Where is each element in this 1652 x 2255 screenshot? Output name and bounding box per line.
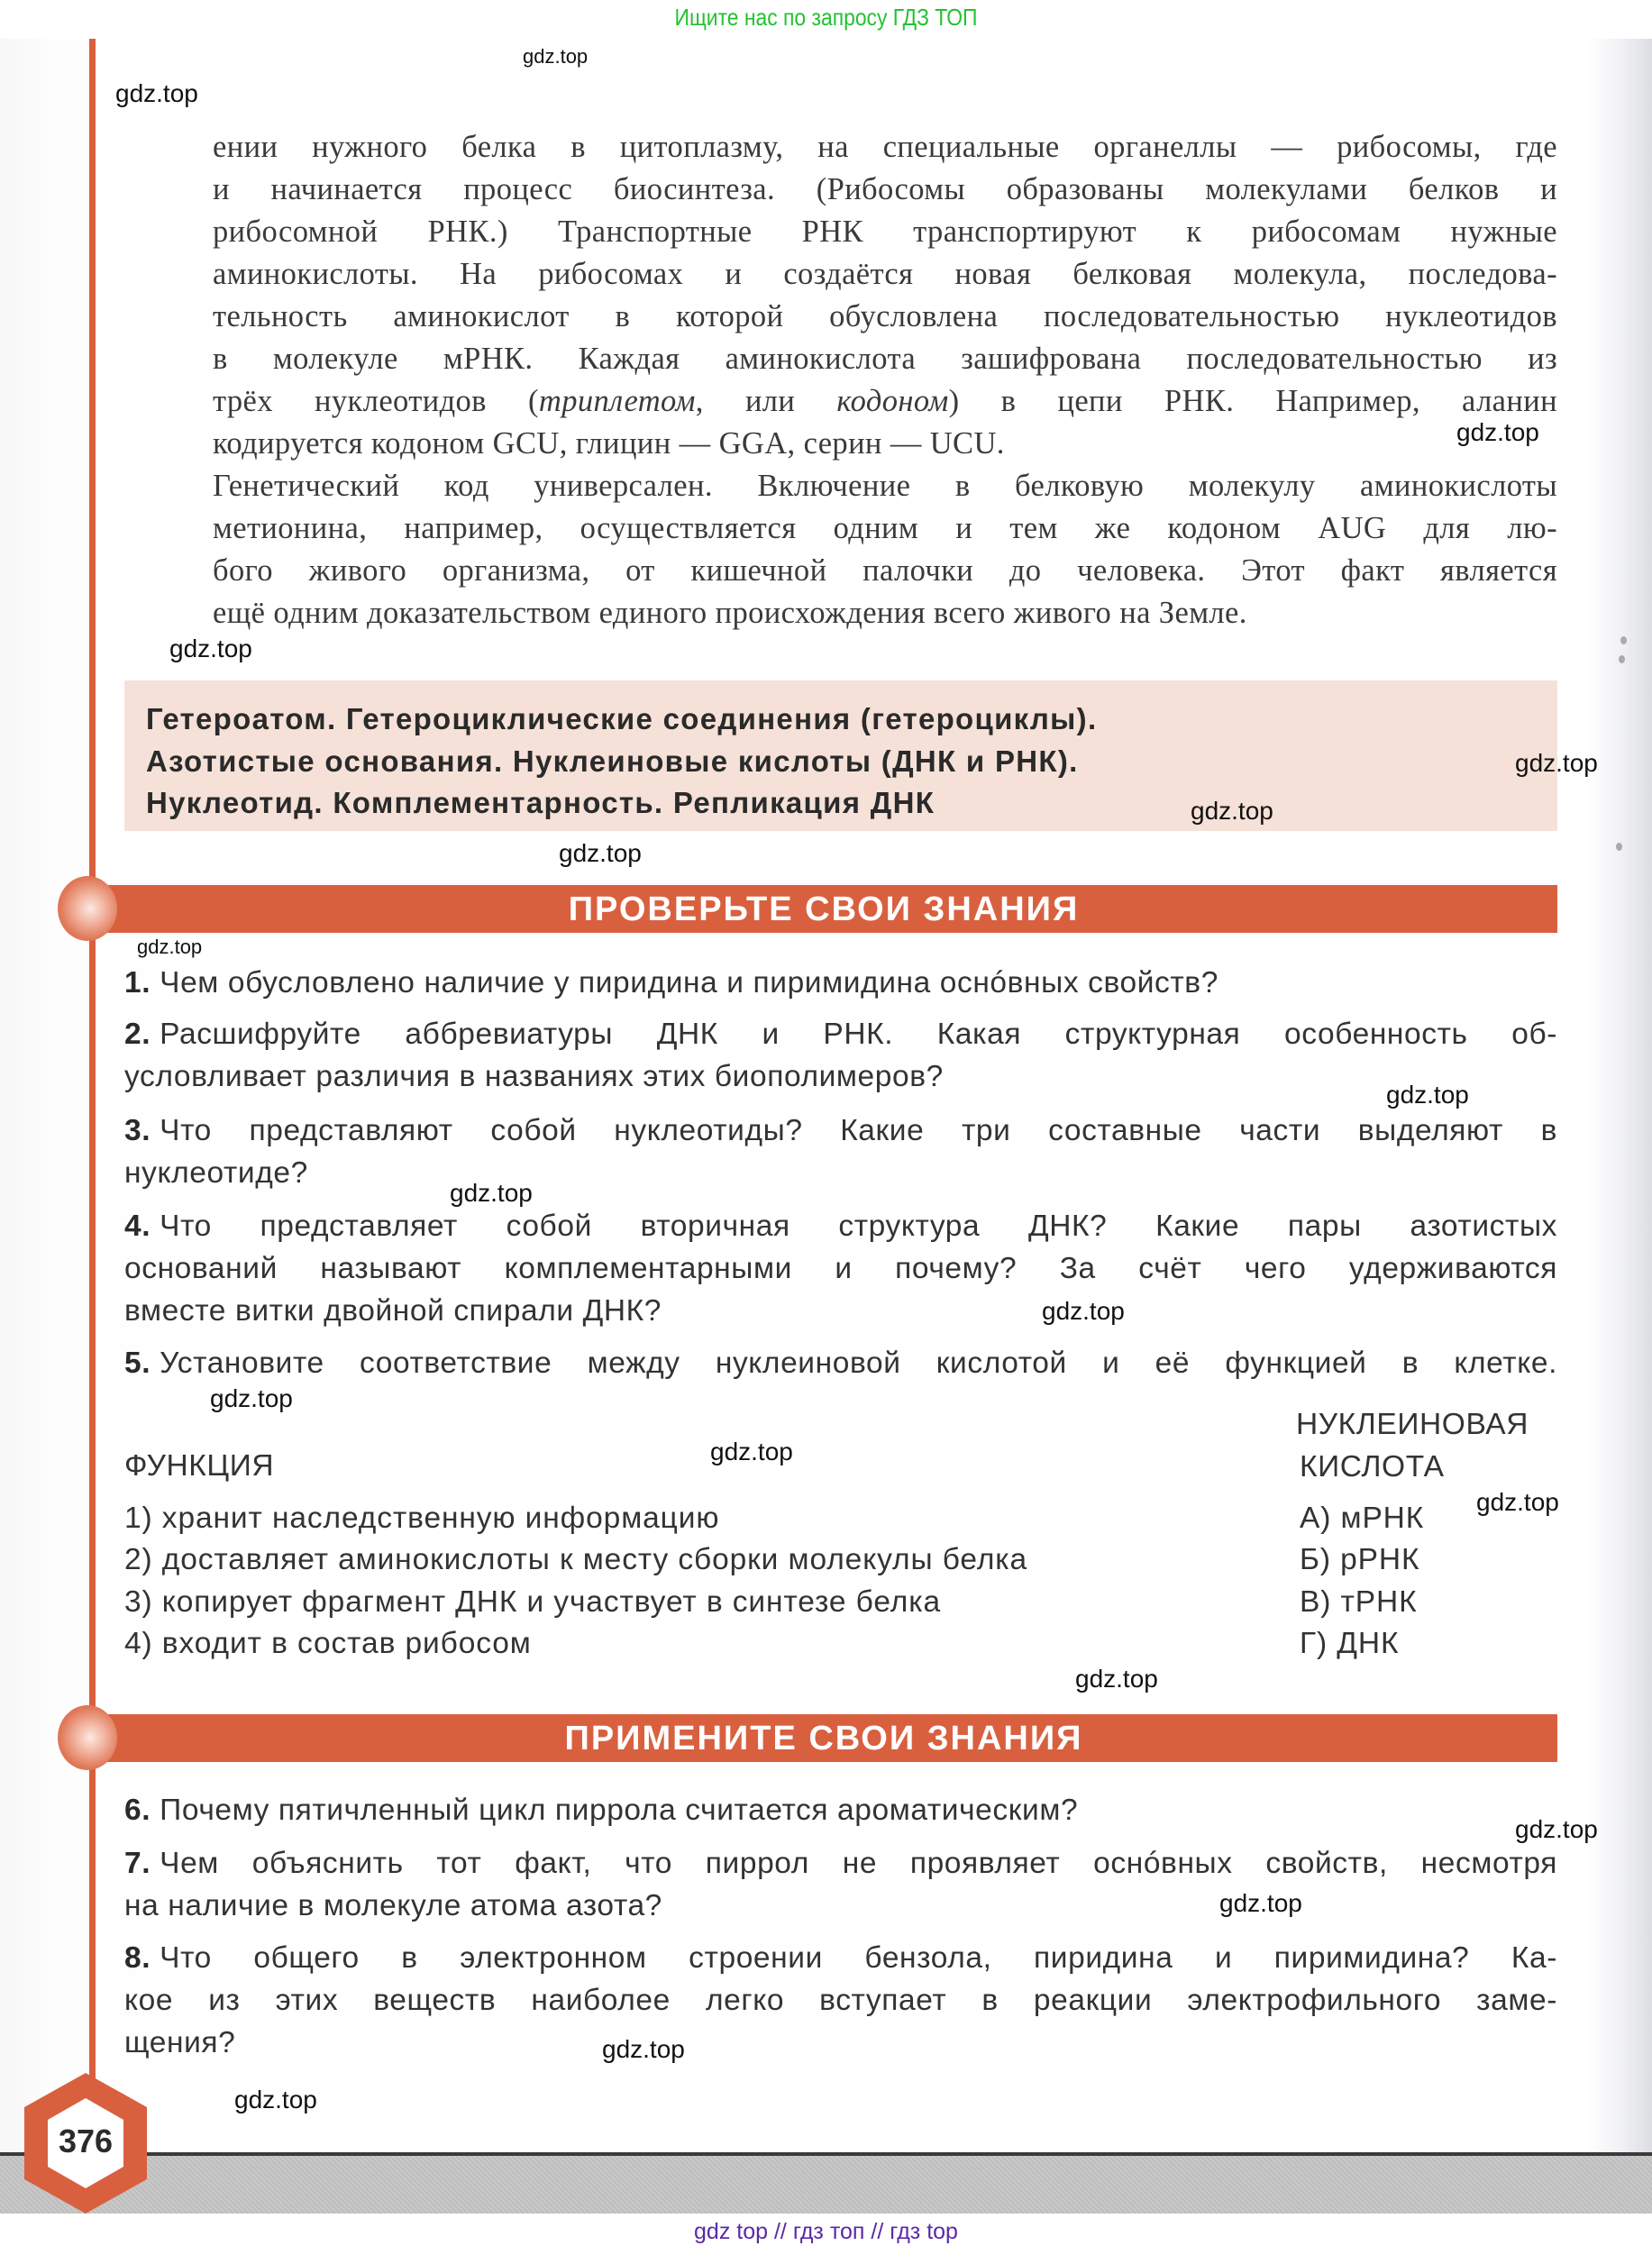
question-8: 8.Что общего в электронном строении бенз… <box>124 1937 1557 2064</box>
body-line: аминокислоты. На рибосомах и создаётся н… <box>213 253 1557 296</box>
watermark-stamp: gdz.top <box>137 936 202 959</box>
body-line: метионина, например, осуществляется одни… <box>213 507 1557 550</box>
body-line: тельность аминокислот в которой обусловл… <box>213 296 1557 338</box>
question-text: оснований называют комплементарными и по… <box>124 1247 1557 1290</box>
question-number: 3. <box>124 1114 151 1147</box>
watermark-stamp: gdz.top <box>1386 1081 1469 1109</box>
body-line: в молекуле мРНК. Каждая аминокислота заш… <box>213 338 1557 380</box>
key-terms-box: Гетероатом. Гетероциклические соединения… <box>124 680 1557 831</box>
scan-artifact <box>1620 636 1627 644</box>
question-number: 8. <box>124 1941 151 1975</box>
function-item: 3) копирует фрагмент ДНК и участвует в с… <box>124 1585 941 1620</box>
key-terms-line: Нуклеотид. Комплементарность. Репликация… <box>146 786 935 820</box>
watermark-stamp: gdz.top <box>1476 1488 1559 1517</box>
watermark-stamp: gdz.top <box>1075 1665 1158 1694</box>
watermark-stamp: gdz.top <box>169 635 252 663</box>
question-text: Что представляет собой вторичная структу… <box>160 1210 1557 1243</box>
key-terms-line: Азотистые основания. Нуклеиновые кислоты… <box>146 744 1079 779</box>
question-text: Что представляют собой нуклеотиды? Какие… <box>160 1114 1557 1147</box>
question-2: 2.Расшифруйте аббревиатуры ДНК и РНК. Ка… <box>124 1013 1557 1098</box>
acid-item: Г) ДНК <box>1300 1627 1399 1661</box>
scan-artifact <box>1616 843 1622 851</box>
watermark-stamp: gdz.top <box>559 839 642 868</box>
watermark-stamp: gdz.top <box>523 45 588 68</box>
body-line: кодируется кодоном GCU, глицин — GGA, се… <box>213 423 1557 465</box>
question-text: условливает различия в названиях этих би… <box>124 1055 1557 1098</box>
section-heading-apply-knowledge: ПРИМЕНИТЕ СВОИ ЗНАНИЯ <box>90 1714 1557 1762</box>
watermark-stamp: gdz.top <box>1191 797 1273 826</box>
question-3: 3.Что представляют собой нуклеотиды? Как… <box>124 1109 1557 1194</box>
question-number: 2. <box>124 1018 151 1051</box>
scan-artifact <box>1619 655 1625 663</box>
section-bullet-icon <box>58 1705 117 1770</box>
function-item: 4) входит в состав рибосом <box>124 1627 532 1661</box>
question-4: 4.Что представляет собой вторичная струк… <box>124 1205 1557 1332</box>
body-line: Генетический код универсален. Включение … <box>213 465 1557 507</box>
watermark-stamp: gdz.top <box>1515 749 1598 778</box>
watermark-stamp: gdz.top <box>1042 1297 1125 1326</box>
page-number-badge: 376 <box>23 2071 149 2215</box>
question-text: Чем обусловлено наличие у пиридина и пир… <box>160 966 1218 1000</box>
watermark-stamp: gdz.top <box>1456 418 1539 447</box>
body-line: ещё одним доказательством единого происх… <box>213 592 1557 635</box>
question-text: кое из этих веществ наиболее легко вступ… <box>124 1979 1557 2022</box>
question-number: 6. <box>124 1794 151 1827</box>
watermark-stamp: gdz.top <box>115 79 198 108</box>
italic-term-triplet: триплетом <box>539 384 696 418</box>
match-header-acid-line1: НУКЛЕИНОВАЯ <box>1296 1408 1529 1442</box>
body-line: ении нужного белка в цитоплазму, на спец… <box>213 126 1557 169</box>
watermark-stamp: gdz.top <box>710 1438 793 1466</box>
question-number: 4. <box>124 1210 151 1243</box>
acid-item: Б) рРНК <box>1300 1543 1419 1577</box>
function-item: 1) хранит наследственную информацию <box>124 1502 719 1536</box>
match-header-acid-line2: КИСЛОТА <box>1300 1450 1445 1484</box>
question-text: на наличие в молекуле атома азота? <box>124 1885 1557 1927</box>
question-7: 7.Чем объяснить тот факт, что пиррол не … <box>124 1842 1557 1927</box>
body-paragraph: ении нужного белка в цитоплазму, на спец… <box>213 126 1557 635</box>
margin-accent-line <box>89 39 96 2085</box>
function-item: 2) доставляет аминокислоты к месту сборк… <box>124 1543 1027 1577</box>
acid-item: А) мРНК <box>1300 1502 1424 1536</box>
question-text: Почему пятичленный цикл пиррола считаетс… <box>160 1794 1078 1827</box>
section-heading-check-knowledge: ПРОВЕРЬТЕ СВОИ ЗНАНИЯ <box>90 885 1557 933</box>
watermark-stamp: gdz.top <box>602 2035 685 2064</box>
question-text: нуклеотиде? <box>124 1152 1557 1194</box>
acid-item: В) тРНК <box>1300 1585 1418 1620</box>
page-footer-band <box>0 2152 1652 2214</box>
question-text: вместе витки двойной спирали ДНК? <box>124 1290 1557 1332</box>
question-text: Что общего в электронном строении бензол… <box>160 1941 1557 1975</box>
top-watermark-banner: Ищите нас по запросу ГДЗ ТОП <box>99 4 1553 32</box>
bottom-watermark-banner: gdz top // гдз топ // гдз top <box>0 2219 1652 2245</box>
watermark-stamp: gdz.top <box>1219 1889 1302 1918</box>
body-line-with-italics: трёх нуклеотидов (триплетом, или кодоном… <box>213 380 1557 423</box>
key-terms-line: Гетероатом. Гетероциклические соединения… <box>146 702 1097 736</box>
watermark-stamp: gdz.top <box>450 1179 533 1208</box>
body-line: и начинается процесс биосинтеза. (Рибосо… <box>213 169 1557 211</box>
question-number: 7. <box>124 1847 151 1880</box>
question-text: Расшифруйте аббревиатуры ДНК и РНК. Кака… <box>160 1018 1557 1051</box>
question-number: 5. <box>124 1347 151 1380</box>
question-number: 1. <box>124 966 151 1000</box>
question-6: 6.Почему пятичленный цикл пиррола считае… <box>124 1789 1557 1831</box>
italic-term-codon: кодоном <box>836 384 948 418</box>
watermark-stamp: gdz.top <box>234 2086 317 2114</box>
question-text: Установите соответствие между нуклеиново… <box>160 1347 1557 1380</box>
text-span: , или <box>696 384 837 418</box>
watermark-stamp: gdz.top <box>210 1384 293 1413</box>
question-text: Чем объяснить тот факт, что пиррол не пр… <box>160 1847 1557 1880</box>
match-header-function: ФУНКЦИЯ <box>124 1449 274 1484</box>
text-span: трёх нуклеотидов ( <box>213 384 539 418</box>
question-1: 1.Чем обусловлено наличие у пиридина и п… <box>124 962 1557 1004</box>
watermark-stamp: gdz.top <box>1515 1815 1598 1844</box>
body-line: рибосомной РНК.) Транспортные РНК трансп… <box>213 211 1557 253</box>
text-span: ) в цепи РНК. Например, аланин <box>949 384 1557 418</box>
question-5: 5.Установите соответствие между нуклеино… <box>124 1342 1557 1384</box>
question-text: щения? <box>124 2022 1557 2064</box>
page-number: 376 <box>23 2123 149 2160</box>
body-line: бого живого организма, от кишечной палоч… <box>213 550 1557 592</box>
section-bullet-icon <box>58 876 117 941</box>
